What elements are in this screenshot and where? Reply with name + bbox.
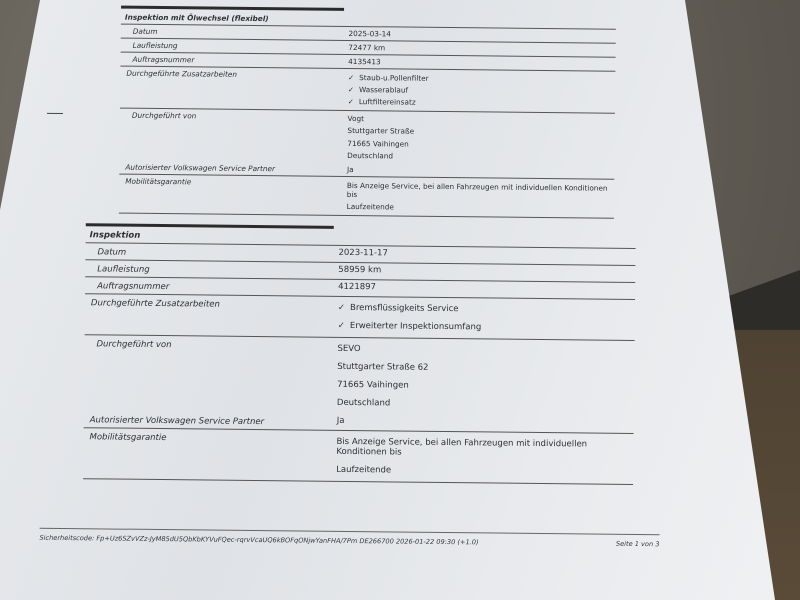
row-zusatzarbeiten: Durchgeführte Zusatzarbeiten ✓Bremsflüss… [85, 294, 635, 341]
address-line: Deutschland [337, 394, 634, 415]
item-text: Erweiterter Inspektionsumfang [350, 321, 482, 332]
label-zusatzarbeiten: Durchgeführte Zusatzarbeiten [85, 294, 338, 337]
item-text: Wasserablauf [359, 85, 408, 95]
service-entry-inspection: Inspektion Datum 2023-11-17 Laufleistung… [83, 223, 636, 485]
security-code: Sicherheitscode: Fp+Uz6SZvVZz-JyM85dU5Qb… [39, 534, 478, 547]
address-line: Deutschland [347, 149, 614, 164]
value-auftragsnummer: 4121897 [338, 280, 635, 299]
value-zusatzarbeiten: ✓Staub-u.Pollenfilter ✓Wasserablauf ✓Luf… [348, 69, 616, 112]
check-icon: ✓ [338, 321, 345, 331]
check-icon: ✓ [338, 303, 345, 313]
row-durchgefuehrt-von: Durchgeführt von Vogt Stuttgarter Straße… [119, 108, 615, 166]
value-mobilitaet: Bis Anzeige Service, bei allen Fahrzeuge… [347, 177, 615, 217]
item-text: Bremsflüssigkeits Service [350, 303, 459, 314]
margin-mark [47, 113, 63, 114]
label-datum: Datum [121, 25, 349, 40]
value-laufleistung: 58959 km [338, 263, 635, 282]
text-line: Laufzeitende [336, 461, 633, 482]
list-item: ✓Erweiterter Inspektionsumfang [338, 317, 635, 338]
check-icon: ✓ [348, 97, 354, 106]
text-line: Bis Anzeige Service, bei allen Fahrzeuge… [336, 433, 633, 464]
document-footer: Sicherheitscode: Fp+Uz6SZvVZz-JyM85dU5Qb… [39, 528, 659, 548]
label-laufleistung: Laufleistung [121, 39, 349, 54]
row-durchgefuehrt-von: Durchgeführt von SEVO Stuttgarter Straße… [84, 335, 635, 417]
list-item: ✓Luftfiltereinsatz [348, 95, 615, 110]
item-text: Luftfiltereinsatz [359, 97, 416, 107]
row-mobilitaet: Mobilitätsgarantie Bis Anzeige Service, … [119, 175, 614, 219]
text-line: Laufzeitende [347, 200, 614, 215]
document-content: Inspektion mit Ölwechsel (flexibel) Datu… [0, 0, 800, 600]
label-partner: Autorisierter Volkswagen Service Partner [84, 411, 337, 430]
label-zusatzarbeiten: Durchgeführte Zusatzarbeiten [120, 67, 348, 110]
label-auftragsnummer: Auftragsnummer [85, 277, 338, 296]
value-durchgefuehrt-von: Vogt Stuttgarter Straße 71665 Vaihingen … [347, 111, 615, 167]
label-laufleistung: Laufleistung [85, 260, 338, 279]
row-zusatzarbeiten: Durchgeführte Zusatzarbeiten ✓Staub-u.Po… [120, 67, 615, 114]
check-icon: ✓ [348, 85, 354, 94]
label-mobilitaet: Mobilitätsgarantie [119, 175, 347, 215]
value-zusatzarbeiten: ✓Bremsflüssigkeits Service ✓Erweiterter … [338, 297, 635, 340]
label-durchgefuehrt-von: Durchgeführt von [119, 108, 347, 163]
value-mobilitaet: Bis Anzeige Service, bei allen Fahrzeuge… [336, 431, 634, 484]
value-datum: 2023-11-17 [338, 246, 635, 265]
value-durchgefuehrt-von: SEVO Stuttgarter Straße 62 71665 Vaihing… [337, 338, 635, 417]
check-icon: ✓ [348, 73, 354, 82]
text-line: Bis Anzeige Service, bei allen Fahrzeuge… [347, 179, 615, 203]
page-number: Seite 1 von 3 [616, 540, 660, 548]
label-durchgefuehrt-von: Durchgeführt von [84, 335, 338, 414]
service-entry-oil-change: Inspektion mit Ölwechsel (flexibel) Datu… [119, 6, 616, 219]
item-text: Staub-u.Pollenfilter [359, 73, 429, 83]
row-mobilitaet: Mobilitätsgarantie Bis Anzeige Service, … [83, 428, 634, 485]
label-mobilitaet: Mobilitätsgarantie [83, 428, 337, 481]
label-partner: Autorisierter Volkswagen Service Partner [119, 161, 347, 176]
value-partner: Ja [337, 414, 634, 433]
label-auftragsnummer: Auftragsnummer [120, 53, 348, 68]
label-datum: Datum [85, 243, 338, 262]
